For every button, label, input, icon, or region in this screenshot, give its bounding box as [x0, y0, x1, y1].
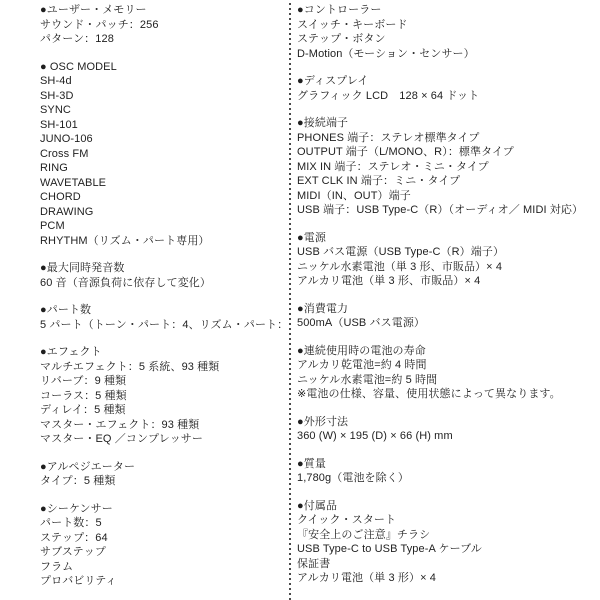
spec-line: リバーブ：9 種類	[40, 374, 289, 389]
section-heading: ●連続使用時の電池の寿命	[297, 344, 600, 359]
spec-line: マスター・エフェクト：93 種類	[40, 418, 289, 433]
spec-line: SH-101	[40, 118, 289, 133]
spec-line: MIDI（IN、OUT）端子	[297, 189, 600, 204]
spec-line: タイプ：5 種類	[40, 474, 289, 489]
section-heading: ●シーケンサー	[40, 502, 289, 517]
spec-section: ●ユーザー・メモリーサウンド・パッチ：256パターン：128	[40, 3, 289, 47]
section-heading: ●質量	[297, 457, 600, 472]
spec-line: SYNC	[40, 103, 289, 118]
spec-section: ●シーケンサーパート数：5ステップ：64サブステップフラムプロバビリティ	[40, 502, 289, 589]
spec-section: ●パート数5 パート（トーン・パート：4、リズム・パート：1）	[40, 303, 289, 332]
spec-line: 360 (W) × 195 (D) × 66 (H) mm	[297, 429, 600, 444]
spec-line: PHONES 端子：ステレオ標準タイプ	[297, 131, 600, 146]
spec-line: ステップ・ボタン	[297, 32, 600, 47]
spec-line: DRAWING	[40, 205, 289, 220]
spec-line: サウンド・パッチ：256	[40, 18, 289, 33]
spec-line: USB バス電源（USB Type-C（R）端子）	[297, 245, 600, 260]
spec-line: グラフィック LCD 128 × 64 ドット	[297, 89, 600, 104]
spec-line: クイック・スタート	[297, 513, 600, 528]
spec-line: OUTPUT 端子（L/MONO、R）：標準タイプ	[297, 145, 600, 160]
spec-line: SH-3D	[40, 89, 289, 104]
spec-section: ●エフェクトマルチエフェクト：5 系統、93 種類リバーブ：9 種類コーラス：5…	[40, 345, 289, 447]
spec-line: フラム	[40, 560, 289, 575]
spec-line: プロバビリティ	[40, 574, 289, 589]
spec-line: コーラス：5 種類	[40, 389, 289, 404]
spec-section: ●付属品クイック・スタート『安全上のご注意』チラシUSB Type-C to U…	[297, 499, 600, 586]
spec-section: ●接続端子PHONES 端子：ステレオ標準タイプOUTPUT 端子（L/MONO…	[297, 116, 600, 218]
spec-line: アルカリ乾電池=約 4 時間	[297, 358, 600, 373]
spec-line: 500mA（USB バス電源）	[297, 316, 600, 331]
section-heading: ●アルペジエーター	[40, 460, 289, 475]
spec-section: ●コントローラースイッチ・キーボードステップ・ボタンD-Motion（モーション…	[297, 3, 600, 61]
spec-line: MIX IN 端子：ステレオ・ミニ・タイプ	[297, 160, 600, 175]
section-heading: ●消費電力	[297, 302, 600, 317]
spec-line: アルカリ電池（単 3 形、市販品）× 4	[297, 274, 600, 289]
spec-line: SH-4d	[40, 74, 289, 89]
spec-line: Cross FM	[40, 147, 289, 162]
spec-section: ●ディスプレイグラフィック LCD 128 × 64 ドット	[297, 74, 600, 103]
spec-line: サブステップ	[40, 545, 289, 560]
spec-line: EXT CLK IN 端子：ミニ・タイプ	[297, 174, 600, 189]
section-heading: ●ユーザー・メモリー	[40, 3, 289, 18]
spec-line: ※電池の仕様、容量、使用状態によって異なります。	[297, 387, 600, 402]
spec-line: ステップ：64	[40, 531, 289, 546]
spec-line: ニッケル水素電池（単 3 形、市販品）× 4	[297, 260, 600, 275]
spec-section: ●最大同時発音数60 音（音源負荷に依存して変化）	[40, 261, 289, 290]
spec-section: ● OSC MODELSH-4dSH-3DSYNCSH-101JUNO-106C…	[40, 60, 289, 249]
spec-line: USB 端子：USB Type-C（R）（オーディオ／ MIDI 対応）	[297, 203, 600, 218]
spec-section: ●アルペジエータータイプ：5 種類	[40, 460, 289, 489]
spec-line: WAVETABLE	[40, 176, 289, 191]
spec-line: ニッケル水素電池=約 5 時間	[297, 373, 600, 388]
spec-line: RHYTHM（リズム・パート専用）	[40, 234, 289, 249]
section-heading: ● OSC MODEL	[40, 60, 289, 75]
section-heading: ●外形寸法	[297, 415, 600, 430]
section-heading: ●接続端子	[297, 116, 600, 131]
spec-section: ●連続使用時の電池の寿命アルカリ乾電池=約 4 時間ニッケル水素電池=約 5 時…	[297, 344, 600, 402]
spec-line: 『安全上のご注意』チラシ	[297, 528, 600, 543]
section-heading: ●コントローラー	[297, 3, 600, 18]
spec-line: 1,780g（電池を除く）	[297, 471, 600, 486]
spec-line: ディレイ：5 種類	[40, 403, 289, 418]
section-heading: ●電源	[297, 231, 600, 246]
section-heading: ●最大同時発音数	[40, 261, 289, 276]
spec-line: CHORD	[40, 190, 289, 205]
section-heading: ●付属品	[297, 499, 600, 514]
spec-column-left: ●ユーザー・メモリーサウンド・パッチ：256パターン：128● OSC MODE…	[0, 3, 289, 600]
section-heading: ●エフェクト	[40, 345, 289, 360]
spec-line: D-Motion（モーション・センサー）	[297, 47, 600, 62]
spec-section: ●質量1,780g（電池を除く）	[297, 457, 600, 486]
spec-section: ●消費電力500mA（USB バス電源）	[297, 302, 600, 331]
spec-line: USB Type-C to USB Type-A ケーブル	[297, 542, 600, 557]
spec-section: ●外形寸法360 (W) × 195 (D) × 66 (H) mm	[297, 415, 600, 444]
spec-line: パターン：128	[40, 32, 289, 47]
spec-line: パート数：5	[40, 516, 289, 531]
spec-line: アルカリ電池（単 3 形）× 4	[297, 571, 600, 586]
section-heading: ●パート数	[40, 303, 289, 318]
spec-line: 保証書	[297, 557, 600, 572]
spec-line: マスター・EQ ／コンプレッサー	[40, 432, 289, 447]
spec-line: 60 音（音源負荷に依存して変化）	[40, 276, 289, 291]
spec-line: PCM	[40, 219, 289, 234]
spec-column-right: ●コントローラースイッチ・キーボードステップ・ボタンD-Motion（モーション…	[291, 3, 600, 600]
spec-line: マルチエフェクト：5 系統、93 種類	[40, 360, 289, 375]
spec-line: JUNO-106	[40, 132, 289, 147]
spec-sheet: ●ユーザー・メモリーサウンド・パッチ：256パターン：128● OSC MODE…	[0, 0, 600, 600]
spec-line: スイッチ・キーボード	[297, 18, 600, 33]
spec-line: 5 パート（トーン・パート：4、リズム・パート：1）	[40, 318, 289, 333]
section-heading: ●ディスプレイ	[297, 74, 600, 89]
spec-line: RING	[40, 161, 289, 176]
spec-section: ●電源USB バス電源（USB Type-C（R）端子）ニッケル水素電池（単 3…	[297, 231, 600, 289]
